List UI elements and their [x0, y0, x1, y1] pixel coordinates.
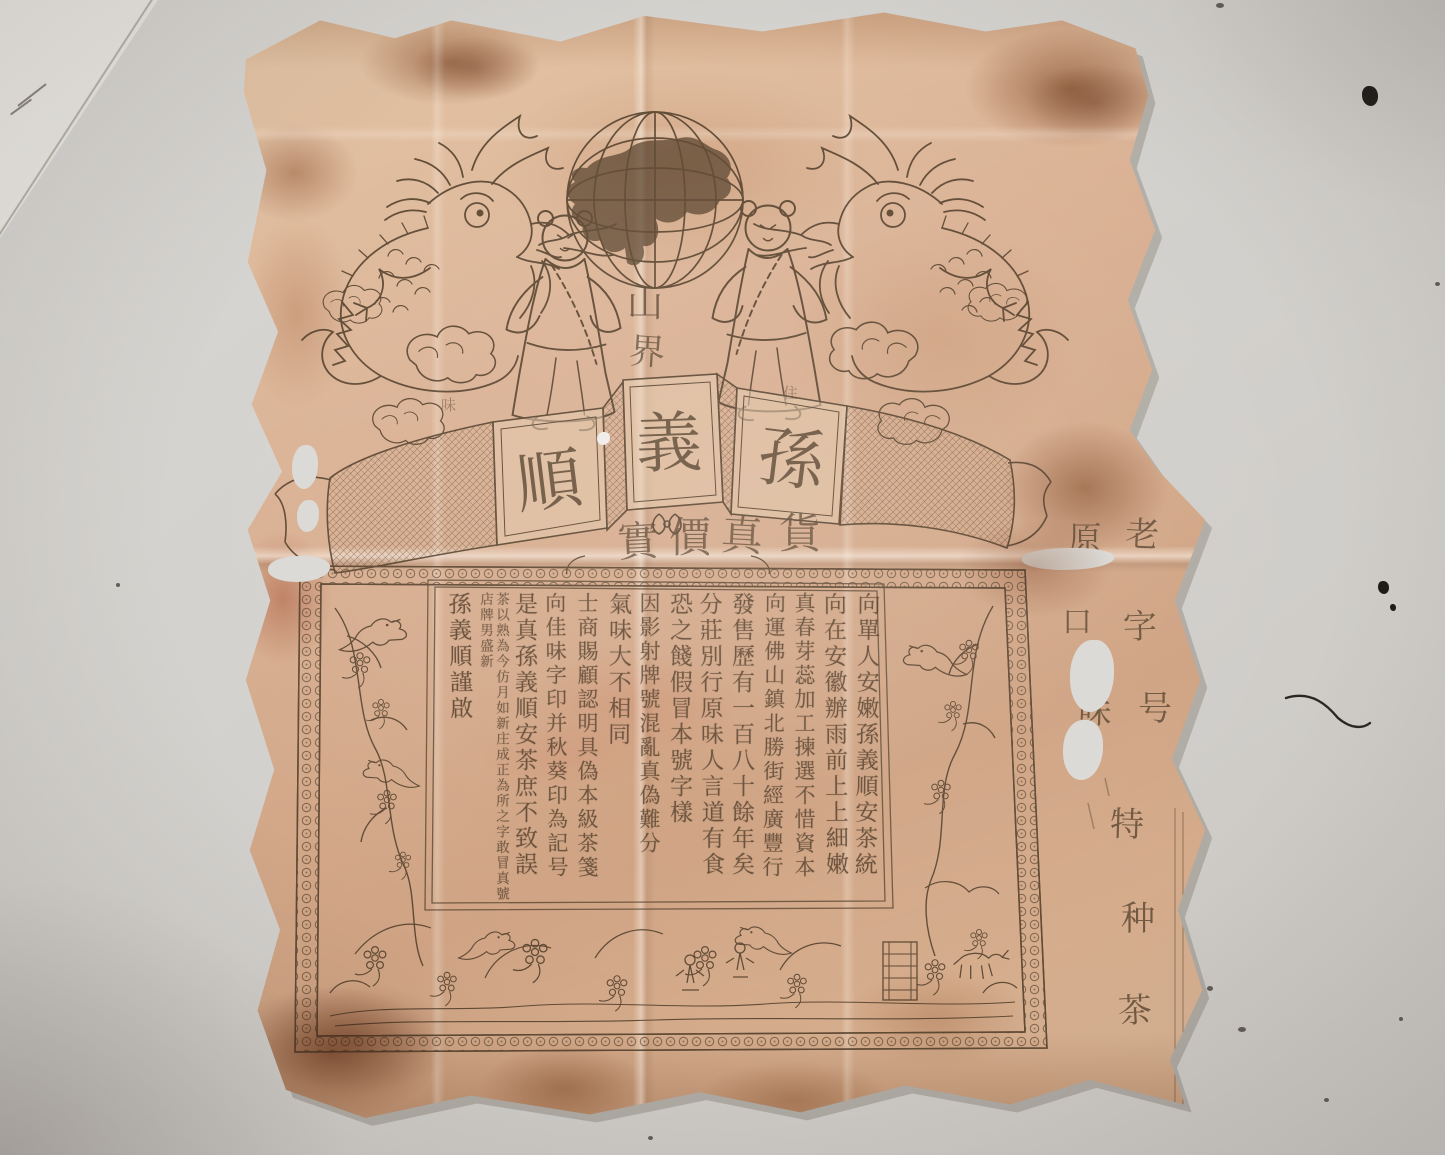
small-mark-left: 味 — [441, 396, 456, 414]
notice-column: 向在安徽辦雨前上上細嫩 — [817, 592, 850, 904]
brand-char-shun: 順 — [511, 439, 587, 524]
dust-speck — [648, 1136, 653, 1140]
notice-column: 分莊別行原味人言道有食 — [692, 592, 725, 904]
notice-column: 向單人安嫩孫義順安茶統 — [847, 592, 880, 904]
svg-text:号: 号 — [1138, 689, 1172, 729]
svg-text:种: 种 — [1121, 899, 1155, 939]
svg-text:真: 真 — [720, 510, 767, 561]
right-dragon-icon — [754, 116, 1068, 392]
brand-char-yi: 義 — [635, 404, 704, 483]
white-sheet-corner — [0, 0, 190, 250]
dust-speck — [1324, 1098, 1329, 1102]
black-paint-fleck — [1362, 86, 1378, 106]
motto-row: 實 價 真 貨 — [616, 509, 824, 567]
svg-text:老: 老 — [1124, 514, 1160, 556]
black-speck — [1390, 604, 1396, 611]
dust-speck — [1399, 1017, 1403, 1021]
svg-text:口: 口 — [1062, 605, 1092, 640]
svg-text:實: 實 — [616, 516, 663, 567]
notice-column: 發售歷有一百八十餘年矣 — [725, 592, 755, 904]
notice-column: 向運佛山鎮北勝街經廣豐行 — [755, 592, 788, 904]
floral-bird-deer-bottom-scene — [330, 924, 1017, 1026]
dust-speck — [1238, 1027, 1246, 1032]
bird-and-blossom-left-margin — [335, 608, 423, 966]
notice-column: 向佳味字印并秋葵印為記号 — [538, 592, 571, 904]
dark-fiber — [1280, 688, 1375, 736]
notice-column: 因影射牌號混亂真偽難分 — [632, 592, 662, 904]
dust-speck — [1435, 282, 1440, 286]
svg-text:茶: 茶 — [1117, 990, 1153, 1032]
aged-tea-wrapper-paper: 山 界 — [235, 8, 1215, 1128]
svg-text:價: 價 — [669, 513, 714, 562]
deer-motif — [954, 950, 1010, 979]
ladder-motif — [883, 942, 917, 1000]
notice-column: 真春芽蕊加工揀選不惜資本 — [787, 592, 817, 904]
notice-column: 恐之餞假冒本號字樣 — [663, 592, 693, 904]
globe-caption-char-1: 山 — [627, 284, 663, 325]
notice-column: 是真孫義順安茶庶不致誤 — [508, 592, 538, 904]
tiny-figures — [676, 943, 754, 990]
bird-and-blossom-right-margin — [903, 606, 999, 956]
notice-column: 士商賜顧認明具偽本級茶箋 — [570, 592, 600, 904]
black-speck — [1378, 581, 1389, 594]
globe-caption-char-2: 界 — [628, 331, 667, 374]
dust-speck — [116, 583, 120, 587]
notice-column: 氣味大不相同 — [600, 592, 633, 904]
photo-of-antique-tea-wrapper: 山 界 — [0, 0, 1445, 1155]
svg-text:貨: 貨 — [779, 509, 824, 558]
dust-speck — [1216, 3, 1224, 8]
brand-char-sun: 孫 — [754, 417, 831, 502]
globe-with-china-map-icon — [567, 112, 743, 288]
notice-column-small: 茶以熟為今仿月如新庄成正為所之字敢冒真號店牌男盛新 — [473, 592, 509, 904]
dust-speck — [1207, 986, 1213, 991]
svg-text:字: 字 — [1122, 606, 1157, 647]
svg-text:特: 特 — [1109, 804, 1144, 845]
small-mark-right: 住 — [783, 384, 798, 402]
notice-signature: 孫義順謹啟 — [441, 592, 474, 792]
right-flap-captions: 老 字 号 特 种 茶 原 口 味 — [1062, 514, 1183, 1108]
